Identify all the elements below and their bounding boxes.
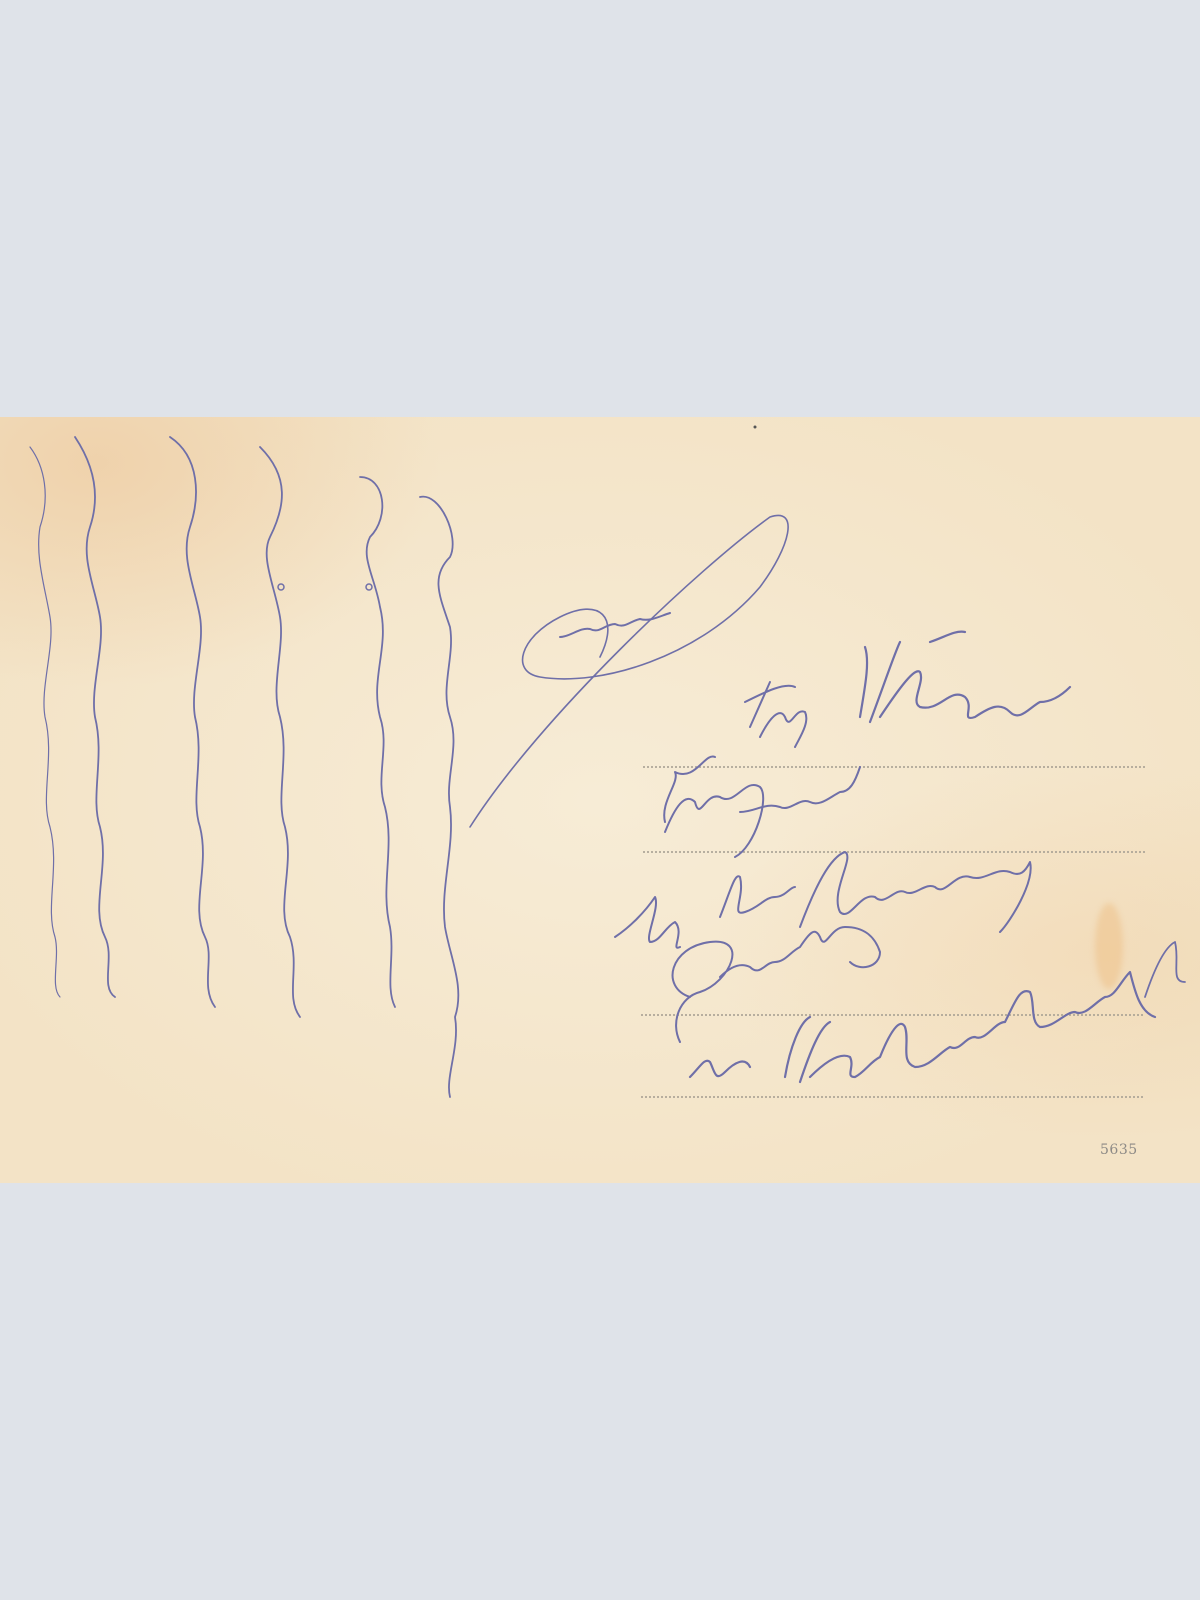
handwriting-ink xyxy=(0,417,1200,1183)
postcard: 5635 Herrn Frz Wagner Ingenieur dzt. bei… xyxy=(0,417,1200,1183)
print-number: 5635 xyxy=(1100,1142,1138,1158)
